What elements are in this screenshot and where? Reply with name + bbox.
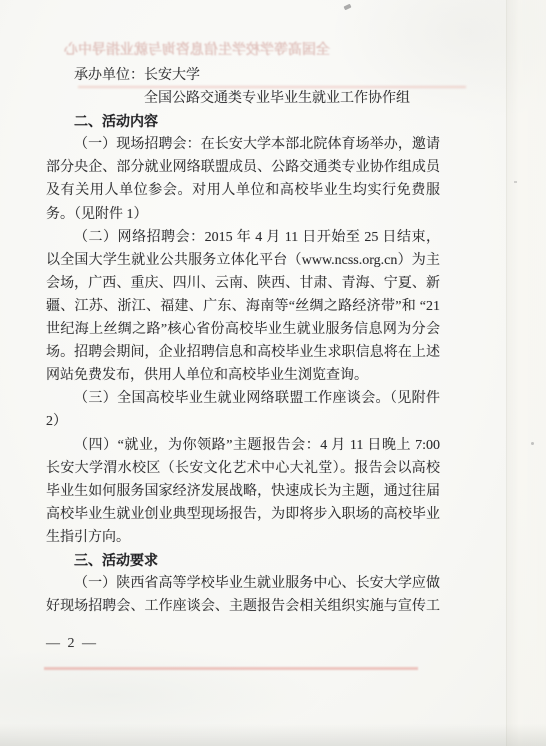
doc-line: （一）陕西省高等学校毕业生就业服务中心、长安大学应做 (46, 572, 440, 595)
scan-speck (514, 181, 517, 183)
doc-line: 部分央企、部分就业网络联盟成员、公路交通类专业协作组成员 (46, 156, 440, 179)
doc-line: 会场，广西、重庆、四川、云南、陕西、甘肃、青海、宁夏、新 (46, 272, 440, 295)
section-title-activities: 二、活动内容 (46, 110, 440, 133)
doc-line: 务。（见附件 1） (46, 203, 440, 226)
organizer-line: 承办单位：长安大学 (46, 64, 440, 87)
section-title-requirements: 三、活动要求 (46, 549, 440, 572)
scan-shade-bottom (0, 724, 546, 746)
doc-line: 以全国大学生就业公共服务立体化平台（www.ncss.org.cn）为主 (46, 249, 440, 272)
doc-line: （一）现场招聘会：在长安大学本部北院体育场举办，邀请 (46, 133, 440, 156)
scan-page-edge-right (506, 0, 546, 746)
doc-line: 生指引方向。 (46, 526, 440, 549)
doc-line: 及有关用人单位参会。对用人单位和高校毕业生均实行免费服 (46, 179, 440, 202)
doc-line: （二）网络招聘会：2015 年 4 月 11 日开始至 25 日结束， (46, 226, 440, 249)
scanned-document-page: 全国高等学校学生信息咨询与就业指导中心 承办单位：长安大学 全国公路交通类专业毕… (0, 0, 546, 746)
page-number: — 2 — (46, 636, 98, 652)
bleedthrough-mirrored-header-text: 全国高等学校学生信息咨询与就业指导中心 (58, 39, 330, 59)
doc-line: 好现场招聘会、工作座谈会、主题报告会相关组织实施与宣传工 (46, 595, 440, 618)
doc-line: （三）全国高校毕业生就业网络联盟工作座谈会。（见附件 (46, 387, 440, 410)
doc-line: 长安大学渭水校区（长安文化艺术中心大礼堂）。报告会以高校 (46, 457, 440, 480)
doc-line: 网站免费发布，供用人单位和高校毕业生浏览查询。 (46, 364, 440, 387)
doc-line: 2） (46, 410, 440, 433)
doc-line: 世纪海上丝绸之路”核心省份高校毕业生就业服务信息网为分会 (46, 318, 440, 341)
bleedthrough-red-rule-bottom (44, 667, 418, 670)
scan-shade-bottom-left (0, 648, 320, 734)
doc-line: 疆、江苏、浙江、福建、广东、海南等“丝绸之路经济带”和 “21 (46, 295, 440, 318)
doc-line: 毕业生如何服务国家经济发展战略，快速成长为主题，通过往届 (46, 480, 440, 503)
doc-line: 场。招聘会期间，企业招聘信息和高校毕业生求职信息将在上述 (46, 341, 440, 364)
organizer-second-line: 全国公路交通类专业毕业生就业工作协作组 (46, 87, 440, 110)
doc-line: （四）“就业，为你领路”主题报告会：4 月 11 日晚上 7:00 (46, 434, 440, 457)
document-body: 承办单位：长安大学 全国公路交通类专业毕业生就业工作协作组 二、活动内容 （一）… (46, 64, 440, 618)
scan-speck (531, 442, 534, 445)
doc-line: 高校毕业生就业创业典型现场报告，为即将步入职场的高校毕业 (46, 503, 440, 526)
